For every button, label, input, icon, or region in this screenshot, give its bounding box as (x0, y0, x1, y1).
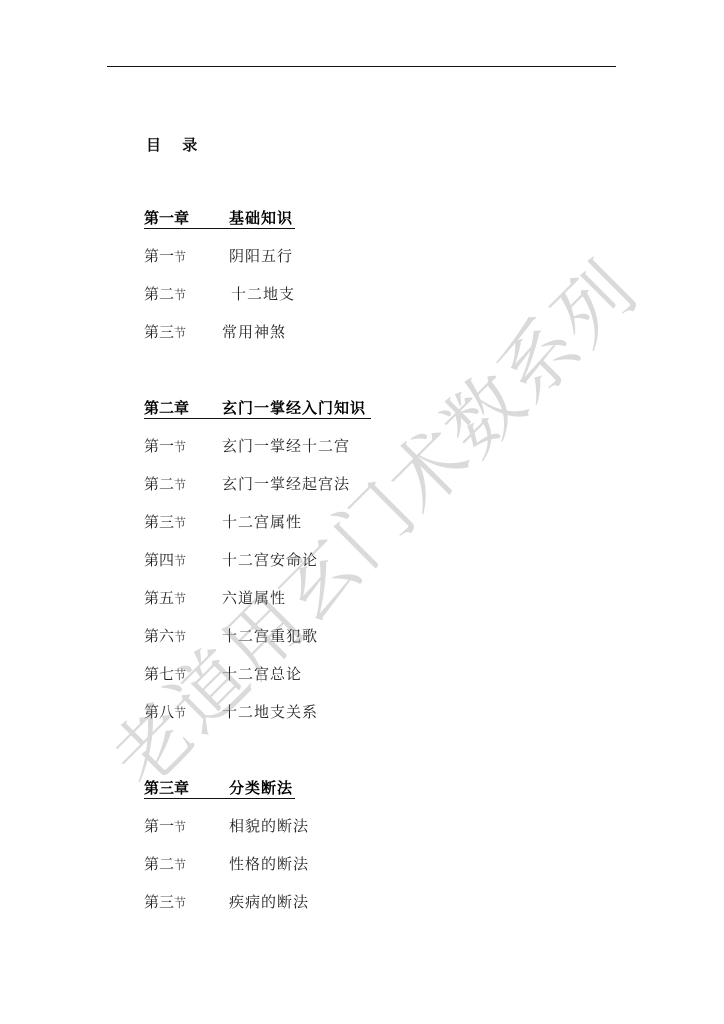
section-label: 第二节 (144, 854, 186, 875)
section-title: 十二地支关系 (222, 702, 318, 722)
toc-title: 目 录 (146, 134, 205, 155)
chapter-label: 第二章 (144, 398, 189, 418)
section-title: 相貌的断法 (229, 816, 309, 836)
section-title: 六道属性 (222, 588, 286, 608)
section-label: 第六节 (144, 626, 186, 647)
section-title: 性格的断法 (229, 854, 309, 874)
section-label: 第三节 (144, 892, 186, 913)
section-title: 十二宫属性 (222, 512, 302, 532)
section-title: 疾病的断法 (229, 892, 309, 912)
section-title: 玄门一掌经起宫法 (222, 474, 350, 494)
section-label: 第一节 (144, 246, 186, 267)
chapter-title: 基础知识 (229, 208, 293, 228)
section-title: 阴阳五行 (229, 246, 293, 266)
section-label: 第四节 (144, 550, 186, 571)
chapter-underline (144, 228, 295, 229)
section-title: 常用神煞 (222, 322, 286, 342)
chapter-title: 玄门一掌经入门知识 (222, 398, 366, 418)
section-label: 第七节 (144, 664, 186, 685)
section-title: 十二宫重犯歌 (222, 626, 318, 646)
chapter-label: 第三章 (144, 778, 189, 798)
section-label: 第一节 (144, 816, 186, 837)
section-title: 十二宫总论 (222, 664, 302, 684)
chapter-underline (144, 798, 295, 799)
section-label: 第三节 (144, 322, 186, 343)
section-label: 第二节 (144, 474, 186, 495)
section-label: 第八节 (144, 702, 186, 723)
section-title: 玄门一掌经十二宫 (222, 436, 350, 456)
chapter-underline (144, 418, 371, 419)
section-title: 十二宫安命论 (222, 550, 318, 570)
section-label: 第三节 (144, 512, 186, 533)
header-rule (107, 66, 616, 67)
chapter-title: 分类断法 (229, 778, 293, 798)
section-label: 第五节 (144, 588, 186, 609)
section-label: 第二节 (144, 284, 186, 305)
section-label: 第一节 (144, 436, 186, 457)
section-title: 十二地支 (231, 284, 295, 304)
chapter-label: 第一章 (144, 208, 189, 228)
